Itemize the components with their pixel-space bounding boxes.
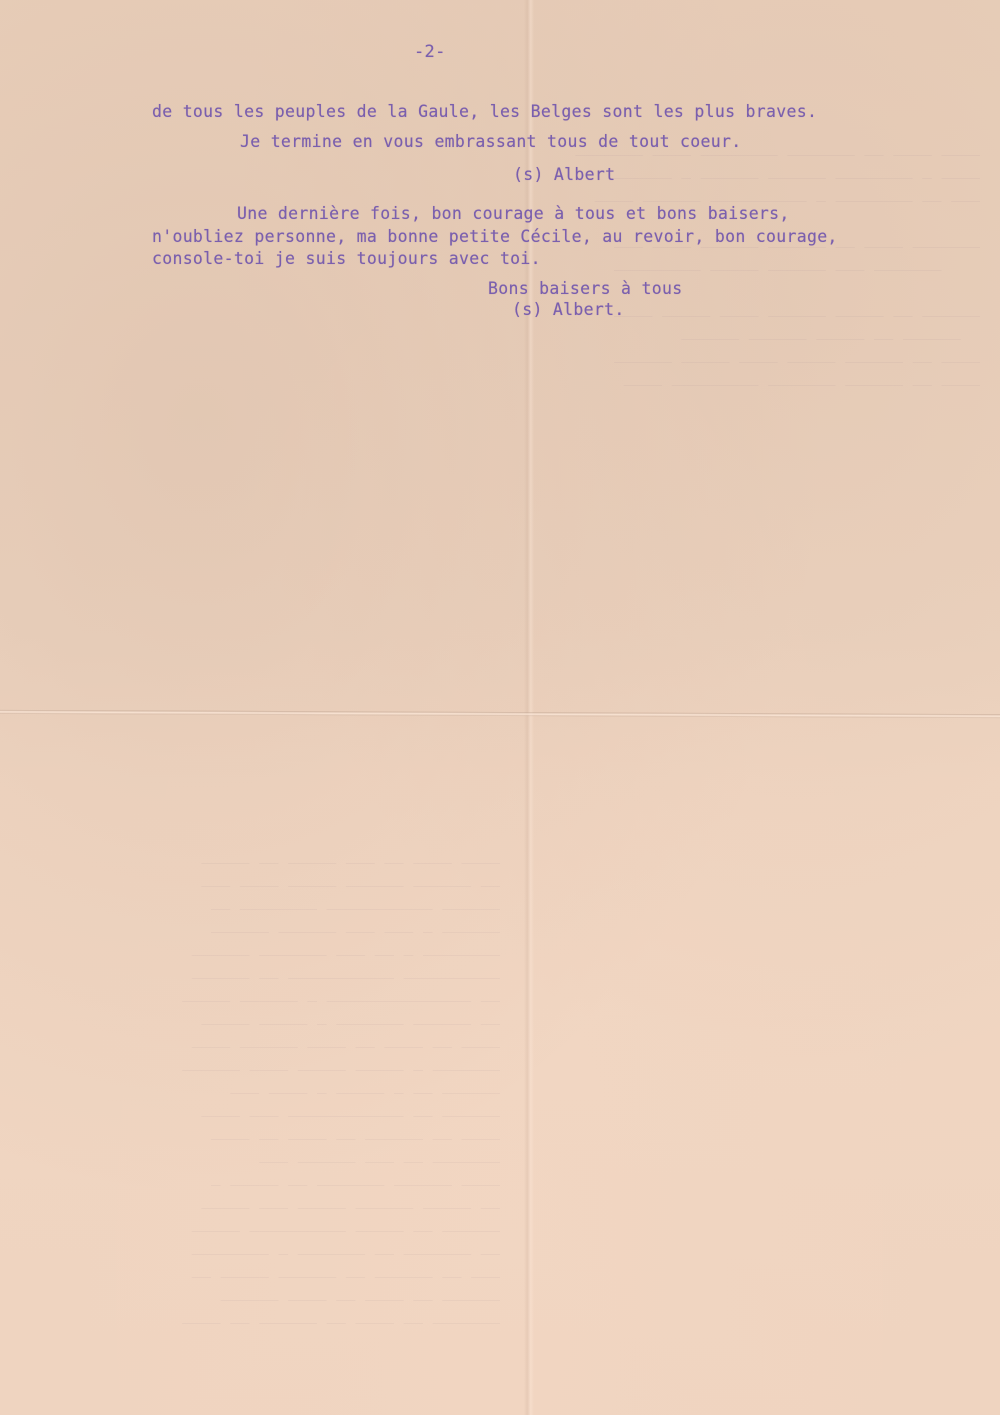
closing-line: Bons baisers à tous xyxy=(488,281,682,298)
final-paragraph-line-2: n'oubliez personne, ma bonne petite Céci… xyxy=(152,229,838,246)
final-paragraph-line-1: Une dernière fois, bon courage à tous et… xyxy=(237,206,790,223)
bleed-through-text-bottom: ____ ____ __ ___ _____ __ _____ __ _____… xyxy=(20,820,500,1300)
letter-line-2: Je termine en vous embrassant tous de to… xyxy=(240,134,741,151)
bleed-through-text-top: ____ ____ __ _______ ________ ____ _____… xyxy=(40,112,980,672)
signature-1: (s) Albert xyxy=(513,167,615,184)
final-paragraph-line-3: console-toi je suis toujours avec toi. xyxy=(152,251,541,268)
signature-2: (s) Albert. xyxy=(512,302,625,319)
page-number: -2- xyxy=(414,44,446,61)
letter-line-1: de tous les peuples de la Gaule, les Bel… xyxy=(152,104,817,121)
